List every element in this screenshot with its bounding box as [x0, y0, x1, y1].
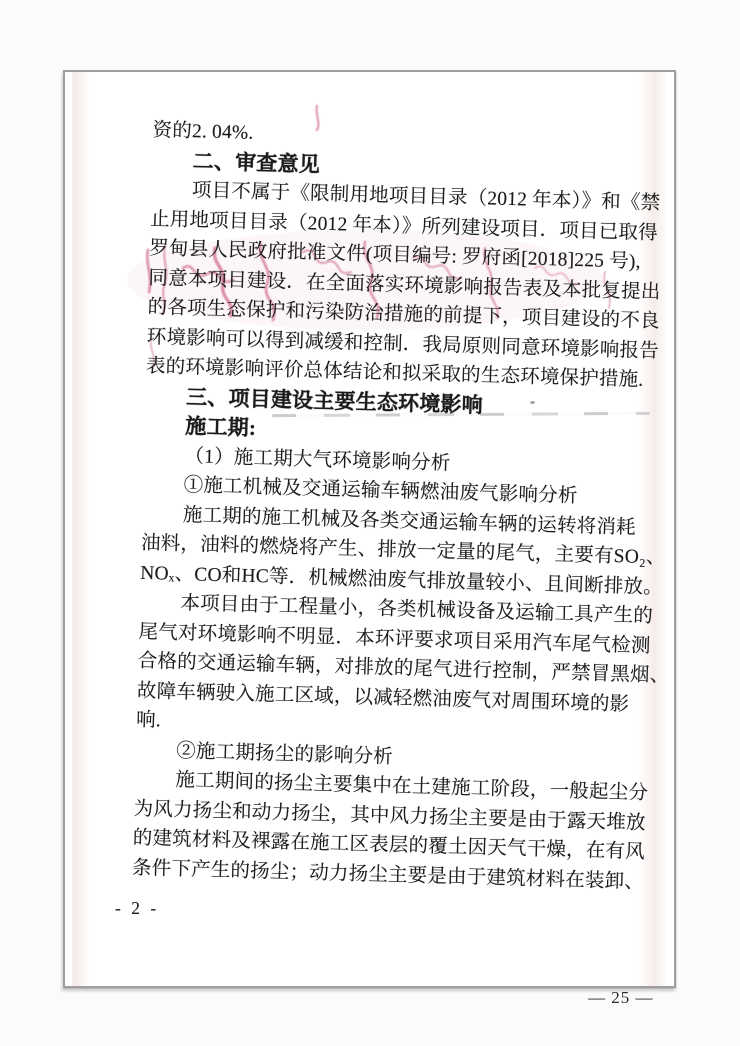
page-edge-shading-left	[72, 72, 90, 986]
document-text: 资的2. 04%.二、审查意见项目不属于《限制用地项目目录（2012 年本）》和…	[132, 116, 639, 896]
scan-background: 资的2. 04%.二、审查意见项目不属于《限制用地项目目录（2012 年本）》和…	[0, 0, 740, 1046]
document-page: 资的2. 04%.二、审查意见项目不属于《限制用地项目目录（2012 年本）》和…	[63, 70, 676, 988]
outer-page-number: — 25 —	[588, 988, 654, 1008]
inner-page-number: - 2 -	[115, 898, 159, 919]
